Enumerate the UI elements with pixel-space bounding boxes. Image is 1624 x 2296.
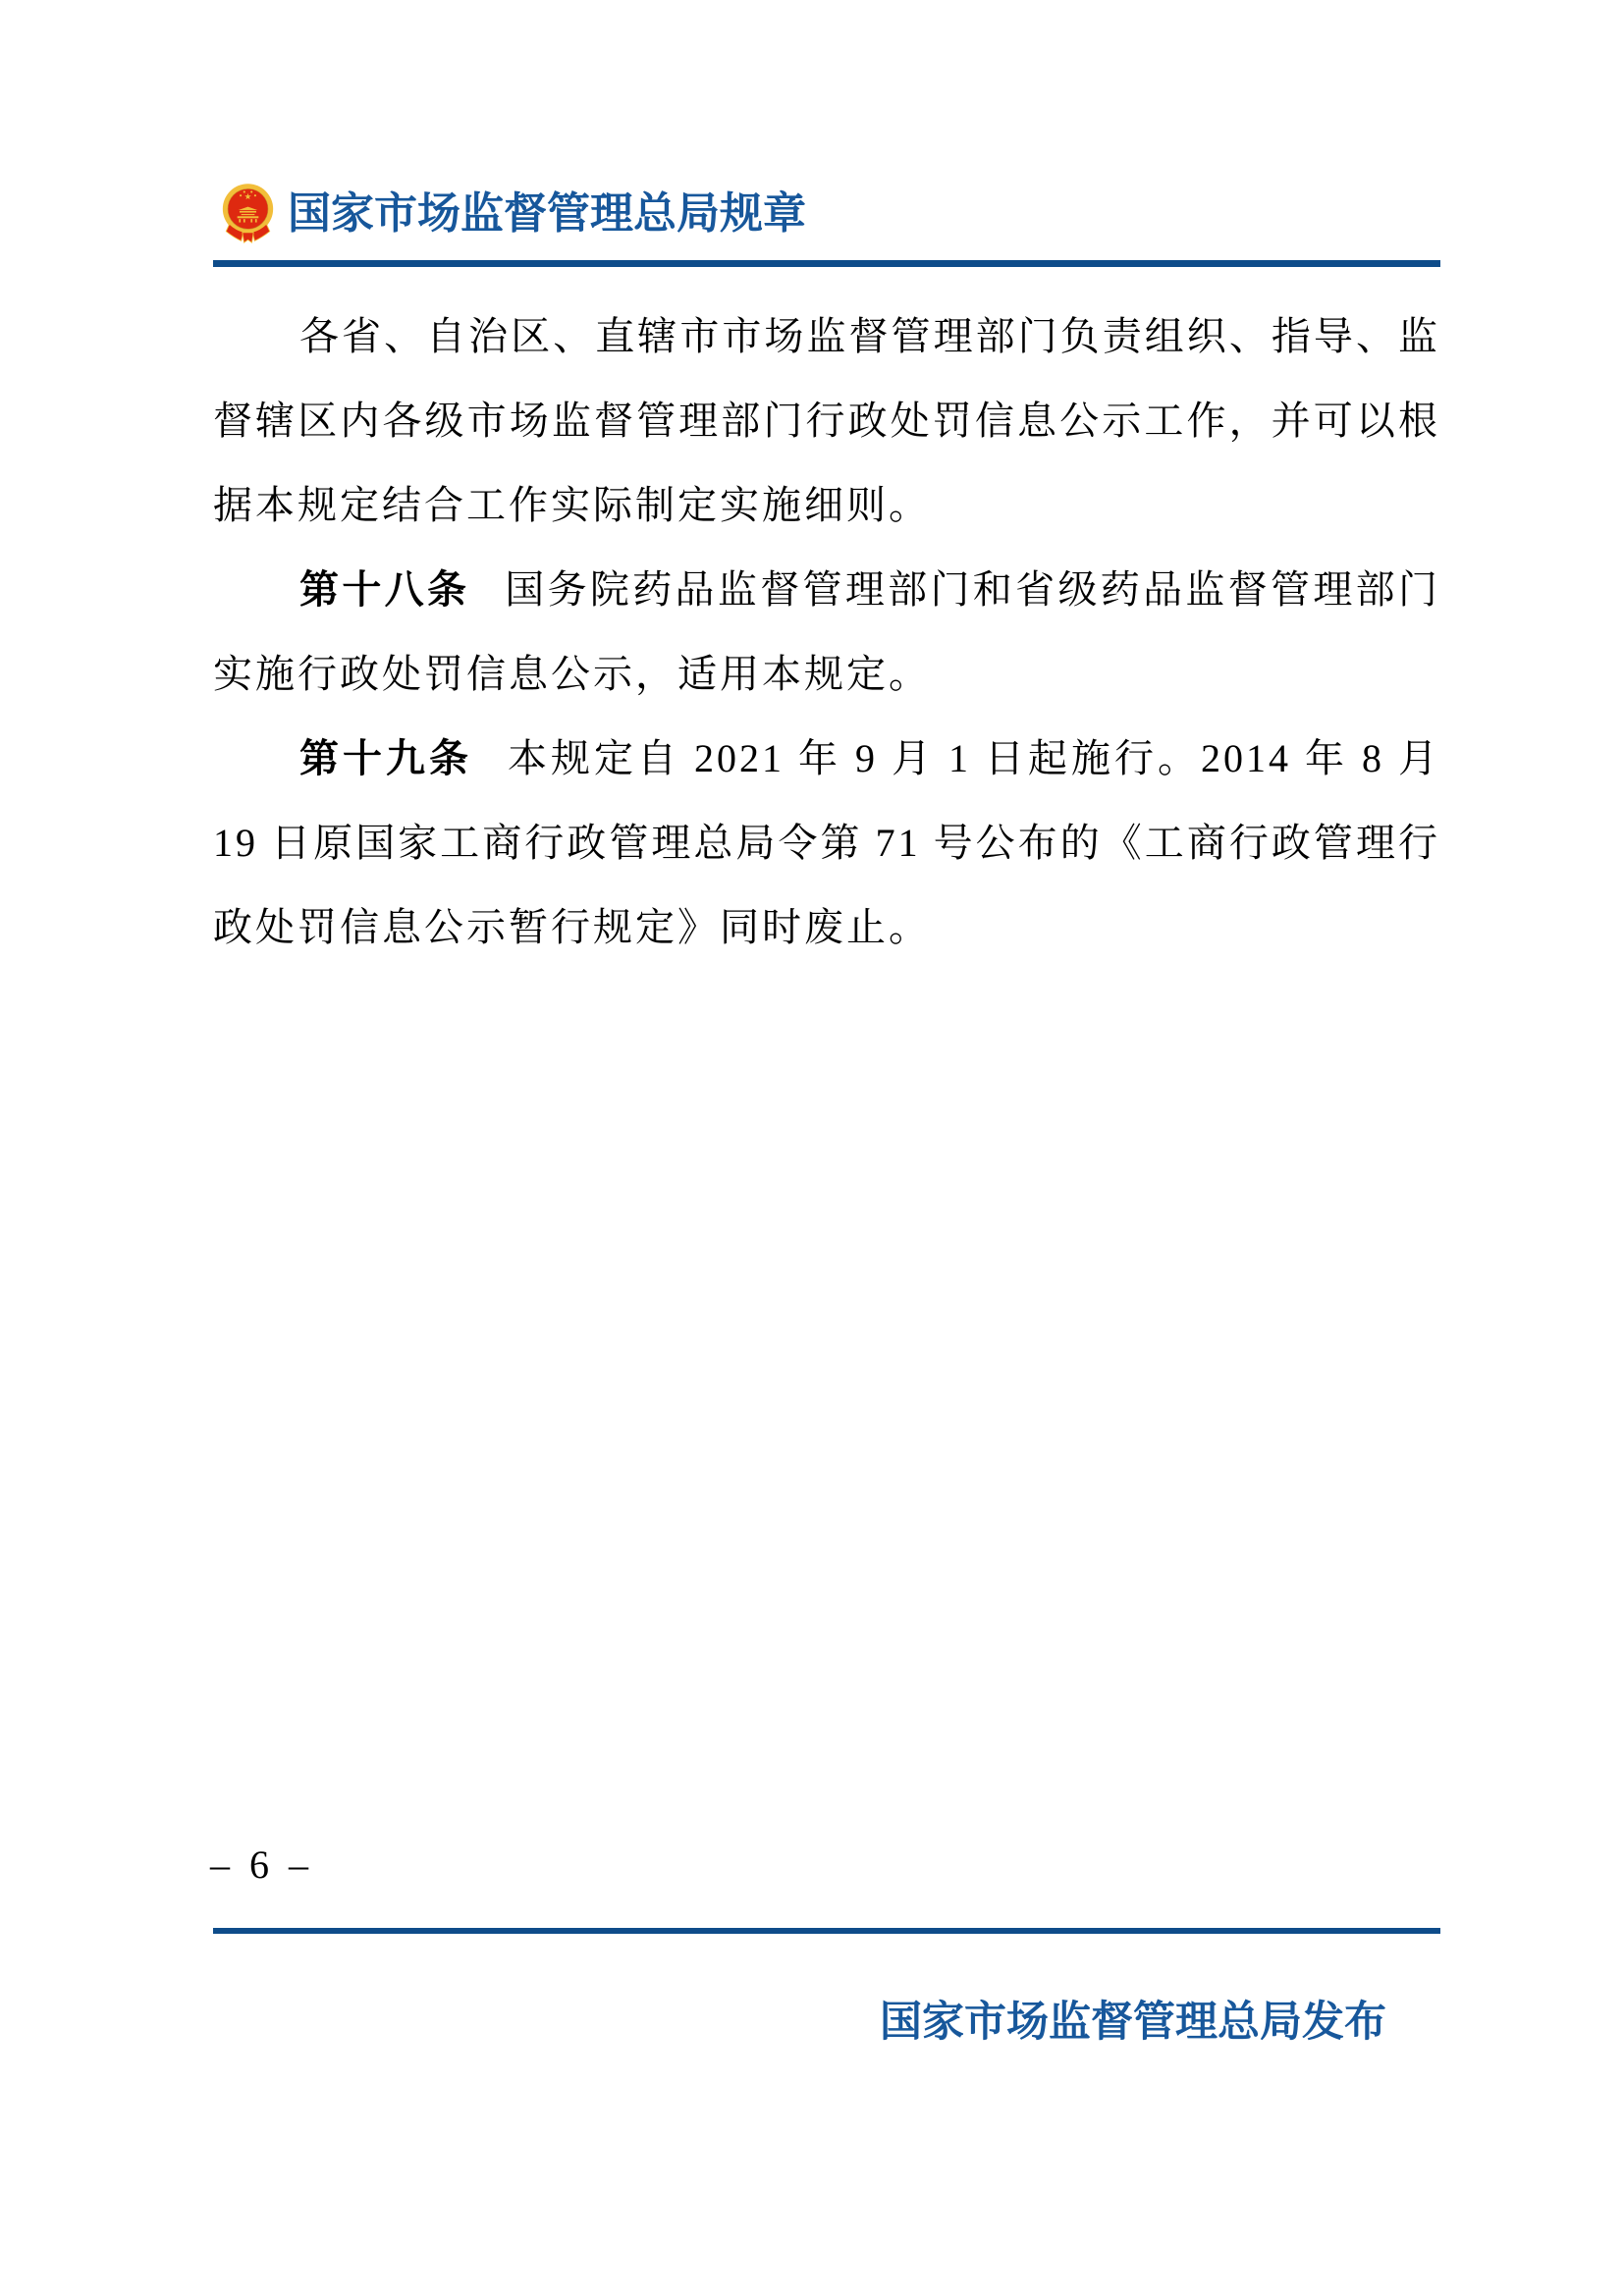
header-divider <box>213 260 1440 267</box>
header-title: 国家市场监督管理总局规章 <box>288 189 806 239</box>
publisher-line: 国家市场监督管理总局发布 <box>880 1989 1386 2049</box>
article-number: 第十九条 <box>299 737 472 780</box>
paragraph: 第十九条本规定自 2021 年 9 月 1 日起施行。2014 年 8 月 19… <box>213 717 1440 970</box>
paragraph: 第十八条国务院药品监督管理部门和省级药品监督管理部门实施行政处罚信息公示，适用本… <box>213 548 1440 717</box>
document-body: 各省、自治区、直辖市市场监督管理部门负责组织、指导、监督辖区内各级市场监督管理部… <box>213 294 1440 970</box>
page-number: – 6 – <box>210 1842 313 1888</box>
document-page: 国家市场监督管理总局规章 各省、自治区、直辖市市场监督管理部门负责组织、指导、监… <box>0 0 1624 2296</box>
national-emblem-icon <box>220 183 276 245</box>
paragraph: 各省、自治区、直辖市市场监督管理部门负责组织、指导、监督辖区内各级市场监督管理部… <box>213 294 1440 548</box>
article-number: 第十八条 <box>299 568 469 612</box>
paragraph-text: 各省、自治区、直辖市市场监督管理部门负责组织、指导、监督辖区内各级市场监督管理部… <box>213 314 1440 527</box>
footer-divider <box>213 1928 1440 1934</box>
